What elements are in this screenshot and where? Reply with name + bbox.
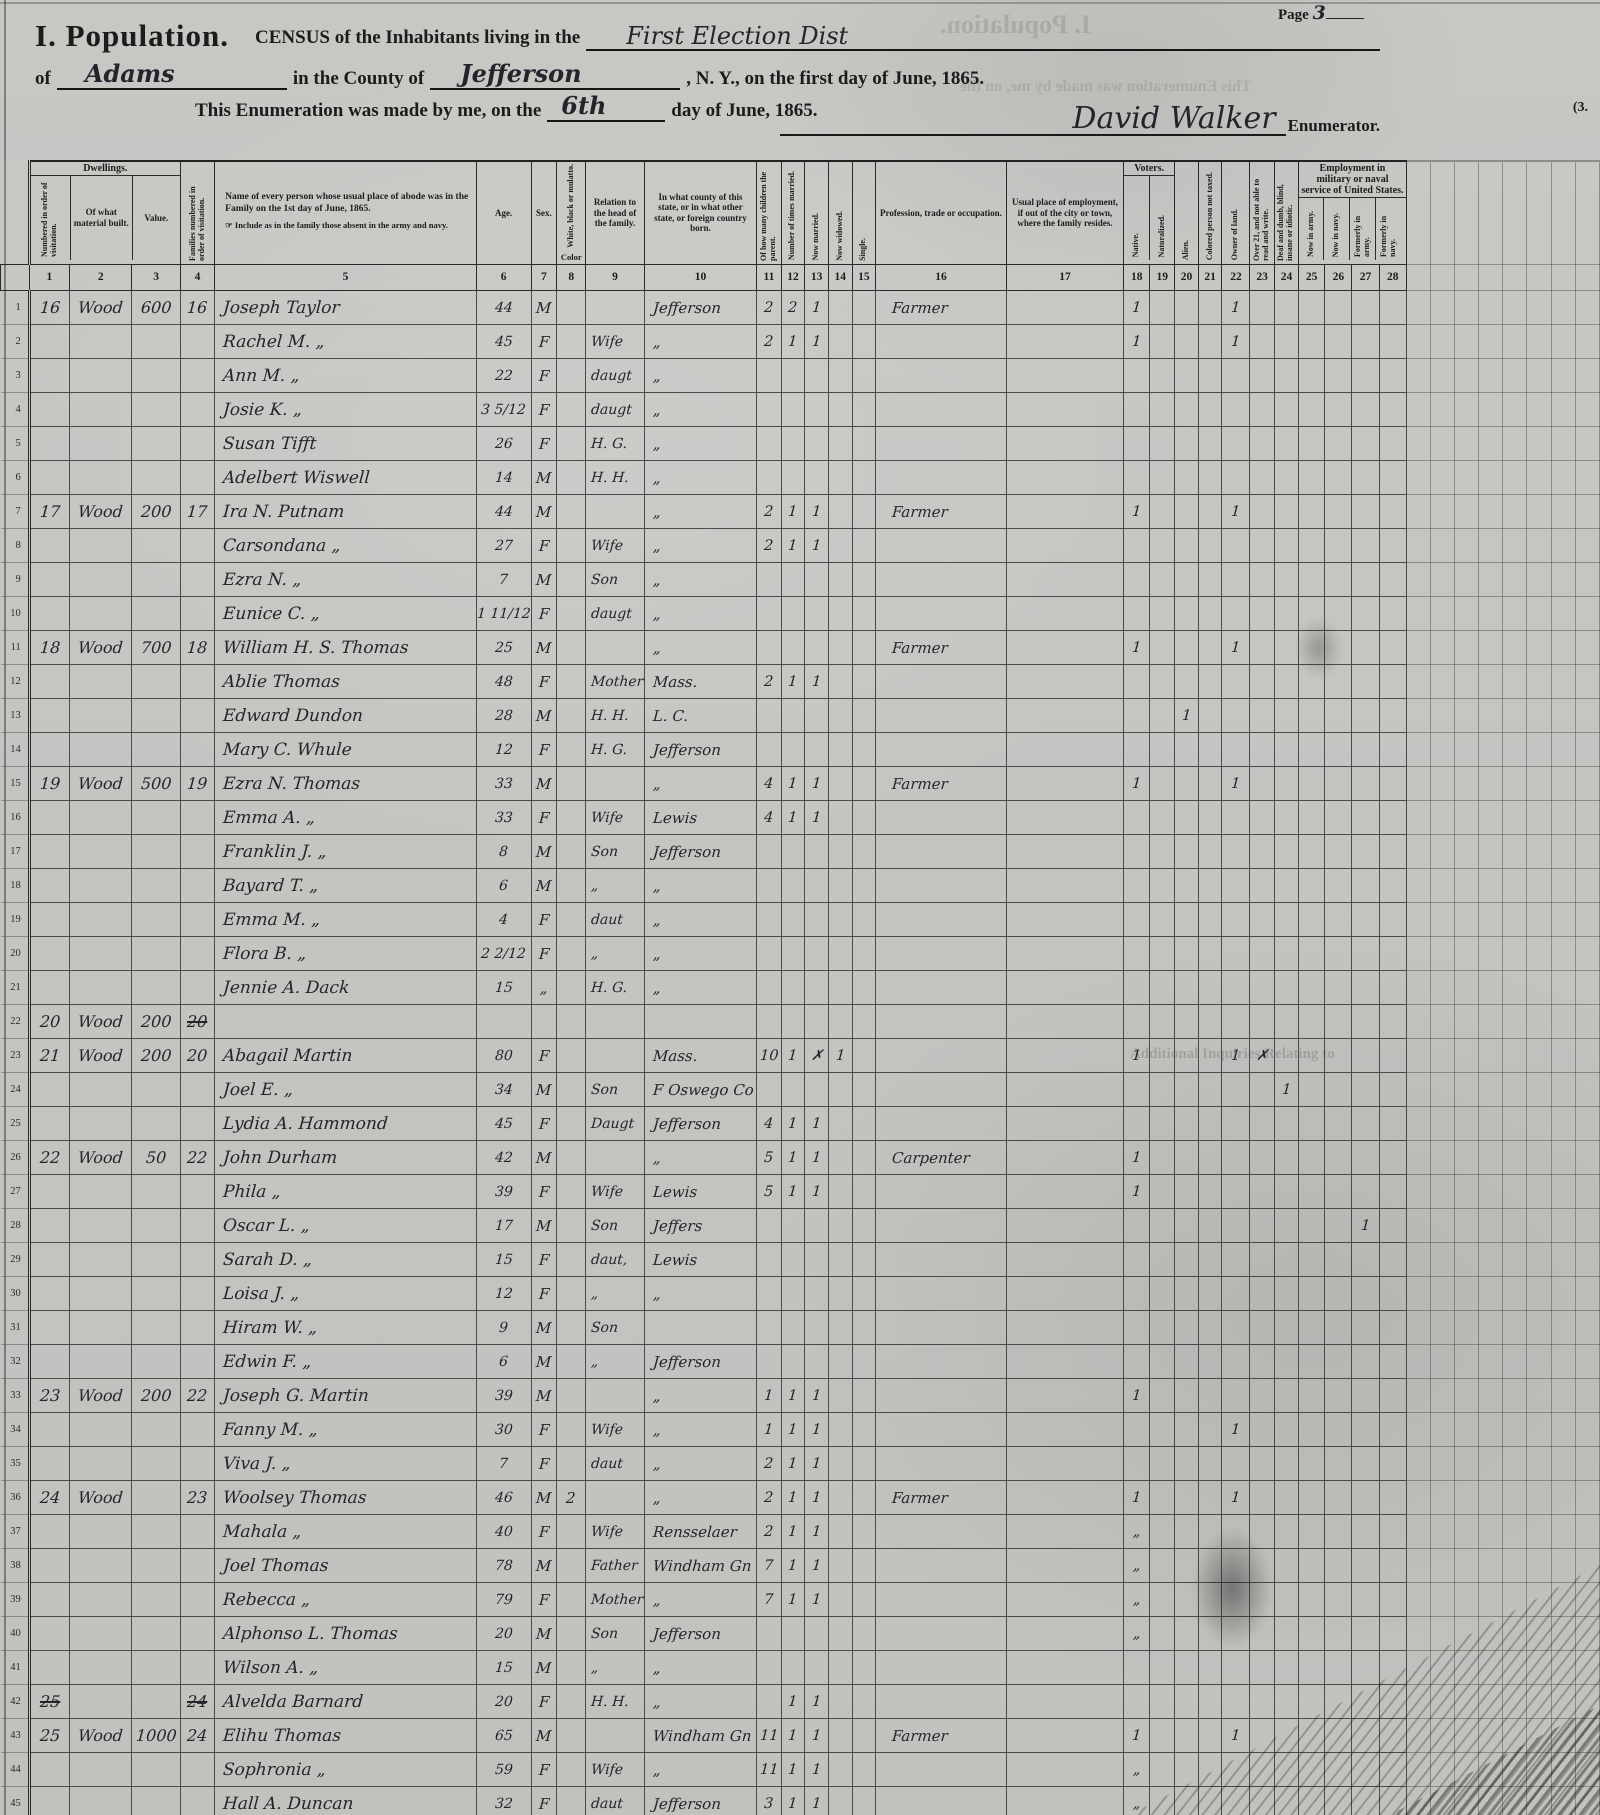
table-cell (876, 1684, 1007, 1718)
table-cell (29, 936, 69, 970)
table-cell (876, 1344, 1007, 1378)
table-cell: 1 (781, 1786, 805, 1815)
table-cell (1222, 970, 1250, 1004)
bleed-cell (1406, 528, 1430, 562)
handwritten-entry: 2 (788, 300, 798, 316)
bleed-cell (1455, 1242, 1479, 1276)
table-cell (29, 1412, 69, 1446)
handwritten-entry: 2 (764, 1456, 774, 1472)
table-cell (828, 1208, 852, 1242)
column-number: 23 (1250, 264, 1274, 290)
table-cell: 200 (132, 1038, 180, 1072)
bleed-cell (1430, 1310, 1454, 1344)
table-cell: 42 (476, 1140, 531, 1174)
table-cell: daut, (586, 1242, 644, 1276)
table-cell: 22 (180, 1140, 214, 1174)
table-cell (1325, 800, 1352, 834)
table-cell (1175, 1276, 1199, 1310)
handwritten-entry: 33 (494, 810, 513, 826)
row-number: 26 (1, 1140, 30, 1174)
header-row: Dwellings.Numbered in order of visitatio… (1, 161, 1600, 264)
table-cell (1222, 358, 1250, 392)
table-cell: 3 (757, 1786, 781, 1815)
table-cell: Alvelda Barnard (215, 1684, 477, 1718)
table-cell (1198, 460, 1222, 494)
table-cell (781, 426, 805, 460)
table-cell: 1 (805, 1718, 829, 1752)
column-header: Families numbered in order of visitation… (180, 161, 214, 264)
table-cell (1198, 1242, 1222, 1276)
table-cell (828, 1276, 852, 1310)
table-cell (1198, 392, 1222, 426)
table-cell (1250, 290, 1274, 324)
bleed-cell (1503, 902, 1527, 936)
table-cell: 1 (805, 324, 829, 358)
table-cell (1379, 1582, 1406, 1616)
table-cell (1299, 1106, 1325, 1140)
handwritten-entry: daut, (591, 1252, 629, 1268)
table-cell (1299, 1038, 1325, 1072)
table-cell: John Durham (215, 1140, 477, 1174)
corner-note: (3. (1573, 100, 1588, 116)
table-cell (1250, 902, 1274, 936)
table-cell (876, 596, 1007, 630)
table-cell (70, 1242, 132, 1276)
table-cell: 44 (476, 494, 531, 528)
table-cell (1325, 970, 1352, 1004)
handwritten-entry: 20 (494, 1694, 513, 1710)
handwritten-entry: 7 (499, 1456, 509, 1472)
table-cell (828, 1344, 852, 1378)
table-cell (876, 392, 1007, 426)
table-cell (1379, 528, 1406, 562)
table-cell (1250, 1616, 1274, 1650)
table-cell (757, 596, 781, 630)
bleed-cell (1479, 1684, 1503, 1718)
table-cell: Wood (70, 1718, 132, 1752)
bleed-cell (1575, 970, 1599, 1004)
table-cell (1250, 392, 1274, 426)
table-cell: F (531, 392, 557, 426)
table-cell (1250, 494, 1274, 528)
handwritten-entry: H. G. (591, 742, 628, 758)
table-cell (1222, 800, 1250, 834)
group-label: Employment in military or naval service … (1299, 162, 1406, 198)
table-cell (132, 698, 180, 732)
table-cell (557, 528, 586, 562)
bleed-cell (1503, 1480, 1527, 1514)
table-cell (1250, 868, 1274, 902)
bleed-cell (1551, 528, 1575, 562)
table-cell (180, 1582, 214, 1616)
table-cell (1198, 1106, 1222, 1140)
handwritten-entry: Wood (78, 1046, 124, 1065)
table-cell: Abagail Martin (215, 1038, 477, 1072)
table-cell (805, 970, 829, 1004)
table-cell (828, 1582, 852, 1616)
table-cell: „ (644, 494, 757, 528)
handwritten-entry: 15 (494, 980, 513, 996)
handwritten-entry: 6 (499, 878, 509, 894)
table-cell (757, 1242, 781, 1276)
handwritten-entry: 1 (1231, 1048, 1241, 1064)
handwritten-entry: F (538, 1795, 550, 1813)
table-cell (1325, 324, 1352, 358)
bleed-cell (1479, 1242, 1503, 1276)
table-cell (1175, 1412, 1199, 1446)
bleed-cell (1479, 936, 1503, 970)
bleed-cell (1406, 1650, 1430, 1684)
table-cell (852, 664, 876, 698)
table-cell: M (531, 1378, 557, 1412)
bleed-cell (1455, 1412, 1479, 1446)
table-cell: Joseph Taylor (215, 290, 477, 324)
table-cell: F (531, 1276, 557, 1310)
table-cell: Wife (586, 800, 644, 834)
bleed-cell (1455, 1582, 1479, 1616)
handwritten-entry: Wood (78, 1726, 124, 1745)
bleed-cell (1551, 1072, 1575, 1106)
table-cell (1150, 1276, 1175, 1310)
table-cell (586, 1378, 644, 1412)
table-cell (781, 698, 805, 732)
table-cell (828, 1616, 852, 1650)
bleed-cell (1406, 1480, 1430, 1514)
bleed-cell (1430, 1446, 1454, 1480)
table-cell (1006, 426, 1123, 460)
bleed-cell (1551, 494, 1575, 528)
table-cell (1006, 1480, 1123, 1514)
table-cell: 39 (476, 1378, 531, 1412)
table-cell (1250, 1310, 1274, 1344)
handwritten-entry: Wood (78, 1386, 124, 1405)
handwritten-entry: Oscar L. „ (222, 1216, 310, 1236)
table-cell (29, 392, 69, 426)
handwritten-entry: Flora B. „ (222, 944, 307, 964)
table-cell (1274, 1208, 1298, 1242)
table-cell (876, 868, 1007, 902)
column-number: 21 (1198, 264, 1222, 290)
bleed-cell (1503, 324, 1527, 358)
table-cell (557, 596, 586, 630)
table-cell (1379, 596, 1406, 630)
table-cell (180, 1106, 214, 1140)
table-cell (1299, 868, 1325, 902)
handwritten-entry: 12 (494, 742, 513, 758)
bleed-cell (1455, 1208, 1479, 1242)
handwritten-entry: 3 5/12 (481, 402, 527, 418)
table-cell: Son (586, 1208, 644, 1242)
table-cell (1175, 1582, 1199, 1616)
table-cell (132, 1412, 180, 1446)
bleed-cell (1430, 1242, 1454, 1276)
table-cell (757, 1072, 781, 1106)
bleed-cell (1527, 1140, 1551, 1174)
table-cell (805, 562, 829, 596)
table-cell (29, 1446, 69, 1480)
table-cell (1250, 1480, 1274, 1514)
table-cell: 32 (476, 1786, 531, 1815)
table-cell (1325, 358, 1352, 392)
table-cell (1150, 562, 1175, 596)
table-cell: 1 (828, 1038, 852, 1072)
bleed-cell (1503, 1718, 1527, 1752)
table-cell (1175, 1208, 1199, 1242)
table-cell (132, 358, 180, 392)
table-cell (70, 426, 132, 460)
column-header: Single. (852, 161, 876, 264)
table-cell (757, 834, 781, 868)
table-cell (1379, 800, 1406, 834)
table-cell (70, 1072, 132, 1106)
table-cell (180, 1276, 214, 1310)
handwritten-entry: Woolsey Thomas (222, 1488, 367, 1508)
bleed-cell (1430, 800, 1454, 834)
handwritten-entry: Father (591, 1558, 639, 1574)
table-cell: Wood (70, 1004, 132, 1038)
table-cell: F (531, 324, 557, 358)
table-cell (852, 1752, 876, 1786)
table-cell: 1 (805, 494, 829, 528)
table-cell (1222, 1786, 1250, 1815)
handwritten-entry: 1 (811, 1116, 821, 1132)
table-cell (1150, 528, 1175, 562)
table-cell: 4 (757, 800, 781, 834)
handwritten-entry: F (538, 1183, 550, 1201)
bleed-cell (1479, 1786, 1503, 1815)
table-cell: M (531, 868, 557, 902)
table-cell (805, 868, 829, 902)
bleed-cell (1479, 1480, 1503, 1514)
enumerator-signature-block: David Walker Enumerator. (780, 104, 1380, 136)
table-cell (70, 800, 132, 834)
bleed-cell (1479, 1140, 1503, 1174)
handwritten-entry: 1 (788, 1592, 798, 1608)
table-cell (1299, 1514, 1325, 1548)
table-cell (1250, 1446, 1274, 1480)
bleed-cell (1430, 1786, 1454, 1815)
table-cell (1379, 732, 1406, 766)
table-cell (852, 800, 876, 834)
column-header: In what county of this state, or in what… (644, 161, 757, 264)
table-cell (1250, 1140, 1274, 1174)
table-cell: „ (644, 562, 757, 596)
table-cell: 8 (476, 834, 531, 868)
table-cell (805, 1310, 829, 1344)
bleed-cell (1406, 1616, 1430, 1650)
handwritten-entry: 20 (187, 1012, 209, 1031)
column-number: 7 (531, 264, 557, 290)
handwritten-entry: 1 (1132, 334, 1142, 350)
table-cell (876, 1446, 1007, 1480)
bleed-cell (1479, 528, 1503, 562)
table-cell (557, 1072, 586, 1106)
handwritten-entry: Wife (591, 538, 624, 554)
table-cell (1198, 1412, 1222, 1446)
table-cell: Mother (586, 664, 644, 698)
table-cell (1175, 1242, 1199, 1276)
table-cell (1006, 358, 1123, 392)
table-cell: „ (644, 528, 757, 562)
table-cell: 1 (1222, 1480, 1250, 1514)
bleed-cell (1406, 426, 1430, 460)
table-cell (1325, 1650, 1352, 1684)
table-cell (29, 426, 69, 460)
of-word: of (35, 68, 51, 90)
table-cell: 1 (1222, 290, 1250, 324)
table-cell: Father (586, 1548, 644, 1582)
bleed-cell (1479, 1446, 1503, 1480)
table-cell (1379, 1412, 1406, 1446)
table-cell (1006, 1514, 1123, 1548)
bleed-cell (1551, 1004, 1575, 1038)
row-number: 22 (1, 1004, 30, 1038)
table-cell (29, 1106, 69, 1140)
table-cell (1325, 1786, 1352, 1815)
table-cell: F (531, 596, 557, 630)
bleed-cell (1479, 1344, 1503, 1378)
bleed-cell (1430, 426, 1454, 460)
table-cell (1352, 1140, 1379, 1174)
table-cell (852, 698, 876, 732)
handwritten-entry: Jefferson (652, 741, 721, 759)
bleed-cell (1479, 834, 1503, 868)
table-cell (1222, 1378, 1250, 1412)
table-cell: Emma A. „ (215, 800, 477, 834)
bleed-cell (1575, 1480, 1599, 1514)
district-handwritten: First Election Dist (586, 22, 848, 50)
table-cell (132, 460, 180, 494)
bleed-cell (1575, 562, 1599, 596)
handwritten-entry: Wilson A. „ (222, 1658, 319, 1678)
bleed-cell (1551, 902, 1575, 936)
bleed-cell (1406, 1038, 1430, 1072)
handwritten-entry: 1 (1231, 300, 1241, 316)
column-number: 9 (586, 264, 644, 290)
table-cell (1352, 732, 1379, 766)
table-cell (1325, 1004, 1352, 1038)
table-cell (1299, 1718, 1325, 1752)
handwritten-entry: ✗ (810, 1048, 823, 1064)
handwritten-entry: Windham Gn (652, 1727, 752, 1745)
table-cell: ✗ (805, 1038, 829, 1072)
table-cell: „ (644, 1582, 757, 1616)
table-cell (1325, 834, 1352, 868)
table-cell (757, 562, 781, 596)
bleed-cell (1479, 1072, 1503, 1106)
table-cell (1124, 1310, 1150, 1344)
bleed-cell (1455, 1276, 1479, 1310)
table-cell (70, 596, 132, 630)
table-row: 28Oscar L. „17MSonJeffers1 (1, 1208, 1600, 1242)
bleed-cell (1527, 1684, 1551, 1718)
table-cell (180, 1072, 214, 1106)
table-cell (1250, 358, 1274, 392)
table-cell (1274, 1752, 1298, 1786)
table-cell (557, 1276, 586, 1310)
handwritten-entry: „ (1132, 1762, 1141, 1778)
table-cell (1379, 1242, 1406, 1276)
table-cell (1150, 1140, 1175, 1174)
bleed-cell (1455, 970, 1479, 1004)
table-cell (1325, 1106, 1352, 1140)
table-cell (132, 732, 180, 766)
table-cell (876, 1650, 1007, 1684)
handwritten-entry: 11 (759, 1762, 779, 1778)
handwritten-entry: 1 (1231, 1490, 1241, 1506)
handwritten-entry: 200 (140, 1012, 172, 1031)
table-cell (1250, 1752, 1274, 1786)
handwritten-entry: 1 (811, 1388, 821, 1404)
table-cell (1379, 1786, 1406, 1815)
bleed-cell (1527, 1072, 1551, 1106)
handwritten-entry: M (536, 299, 553, 317)
table-cell (586, 1480, 644, 1514)
table-cell (1124, 970, 1150, 1004)
handwritten-entry: Emma A. „ (222, 808, 315, 828)
handwritten-entry: 1 (788, 1796, 798, 1812)
bleed-cell (1551, 392, 1575, 426)
column-header: Naturalized. (1150, 176, 1174, 260)
row-number: 13 (1, 698, 30, 732)
column-number: 14 (828, 264, 852, 290)
table-cell (1150, 936, 1175, 970)
table-row: 19Emma M. „4Fdaut„ (1, 902, 1600, 936)
table-cell: F (531, 902, 557, 936)
bleed-cell (1575, 1412, 1599, 1446)
table-cell: 20 (476, 1684, 531, 1718)
table-cell: M (531, 1480, 557, 1514)
handwritten-entry: Josie K. „ (222, 400, 302, 420)
bleed-cell (1479, 1174, 1503, 1208)
table-cell (1006, 1548, 1123, 1582)
table-cell (1175, 1310, 1199, 1344)
bleed-cell (1527, 1174, 1551, 1208)
handwritten-entry: Jefferson (652, 299, 721, 317)
handwritten-entry: 1 (1181, 708, 1191, 724)
handwritten-entry: 1 (1281, 1082, 1291, 1098)
table-cell (1352, 460, 1379, 494)
table-cell: ✗ (1250, 1038, 1274, 1072)
table-cell: Wood (70, 1378, 132, 1412)
table-cell: 2 (757, 528, 781, 562)
bleed-cell (1479, 902, 1503, 936)
table-cell (876, 1616, 1007, 1650)
table-row: 3Ann M. „22Fdaugt„ (1, 358, 1600, 392)
table-row: 21Jennie A. Dack15„H. G.„ (1, 970, 1600, 1004)
table-cell (852, 1650, 876, 1684)
table-cell (132, 1480, 180, 1514)
handwritten-entry: 1 (1231, 334, 1241, 350)
bleed-cell (1479, 596, 1503, 630)
column-header: Now married. (805, 161, 829, 264)
table-cell (1150, 970, 1175, 1004)
table-cell (70, 834, 132, 868)
table-cell (876, 1004, 1007, 1038)
handwritten-entry: 1 (788, 810, 798, 826)
bleed-cell (1527, 528, 1551, 562)
bleed-cell (1430, 936, 1454, 970)
table-cell (1299, 528, 1325, 562)
table-row: 10Eunice C. „1 11/12Fdaugt„ (1, 596, 1600, 630)
table-cell (1006, 834, 1123, 868)
table-cell (1299, 1412, 1325, 1446)
table-cell (1325, 1242, 1352, 1276)
table-cell (1150, 698, 1175, 732)
handwritten-entry: M (536, 469, 553, 487)
bleed-cell (1406, 1310, 1430, 1344)
table-cell (1379, 936, 1406, 970)
